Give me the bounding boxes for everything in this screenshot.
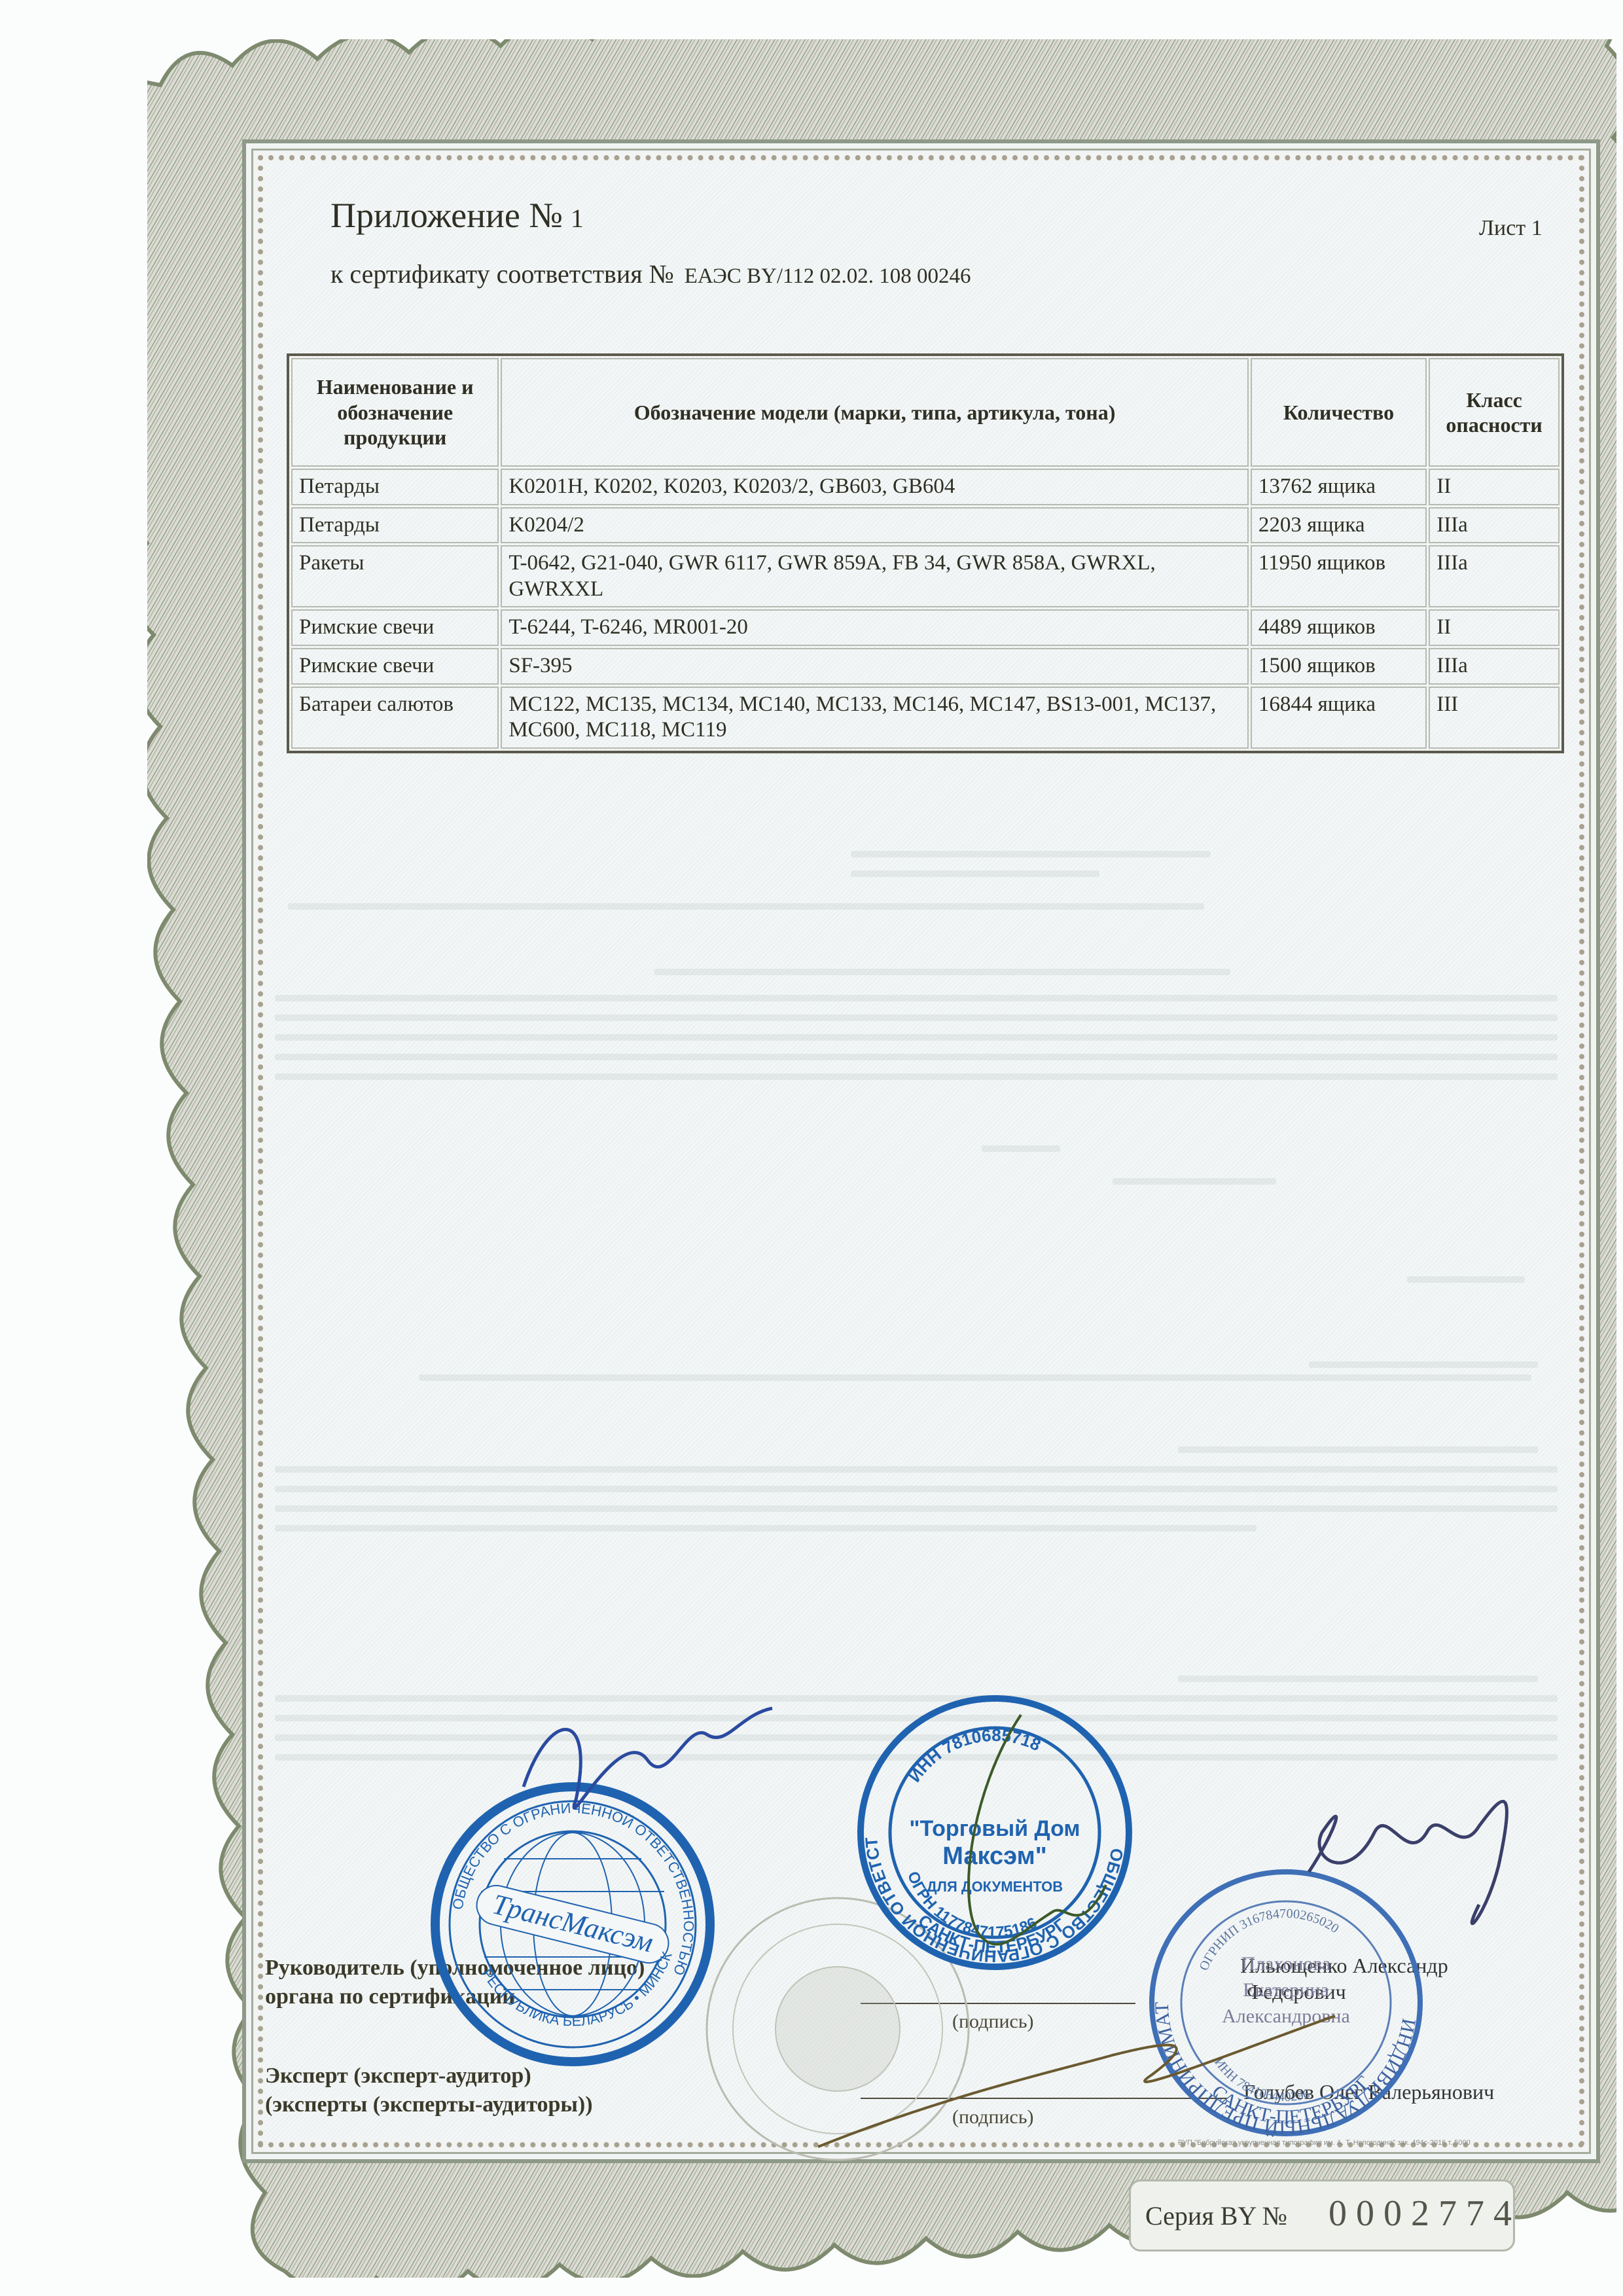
series-label: Серия BY № (1145, 2200, 1287, 2231)
handwritten-signatures (0, 0, 1623, 2296)
printer-imprint: РУП "Бобруйская укрупненная типография и… (1178, 2139, 1471, 2147)
series-number: 0002774 (1329, 2193, 1521, 2234)
